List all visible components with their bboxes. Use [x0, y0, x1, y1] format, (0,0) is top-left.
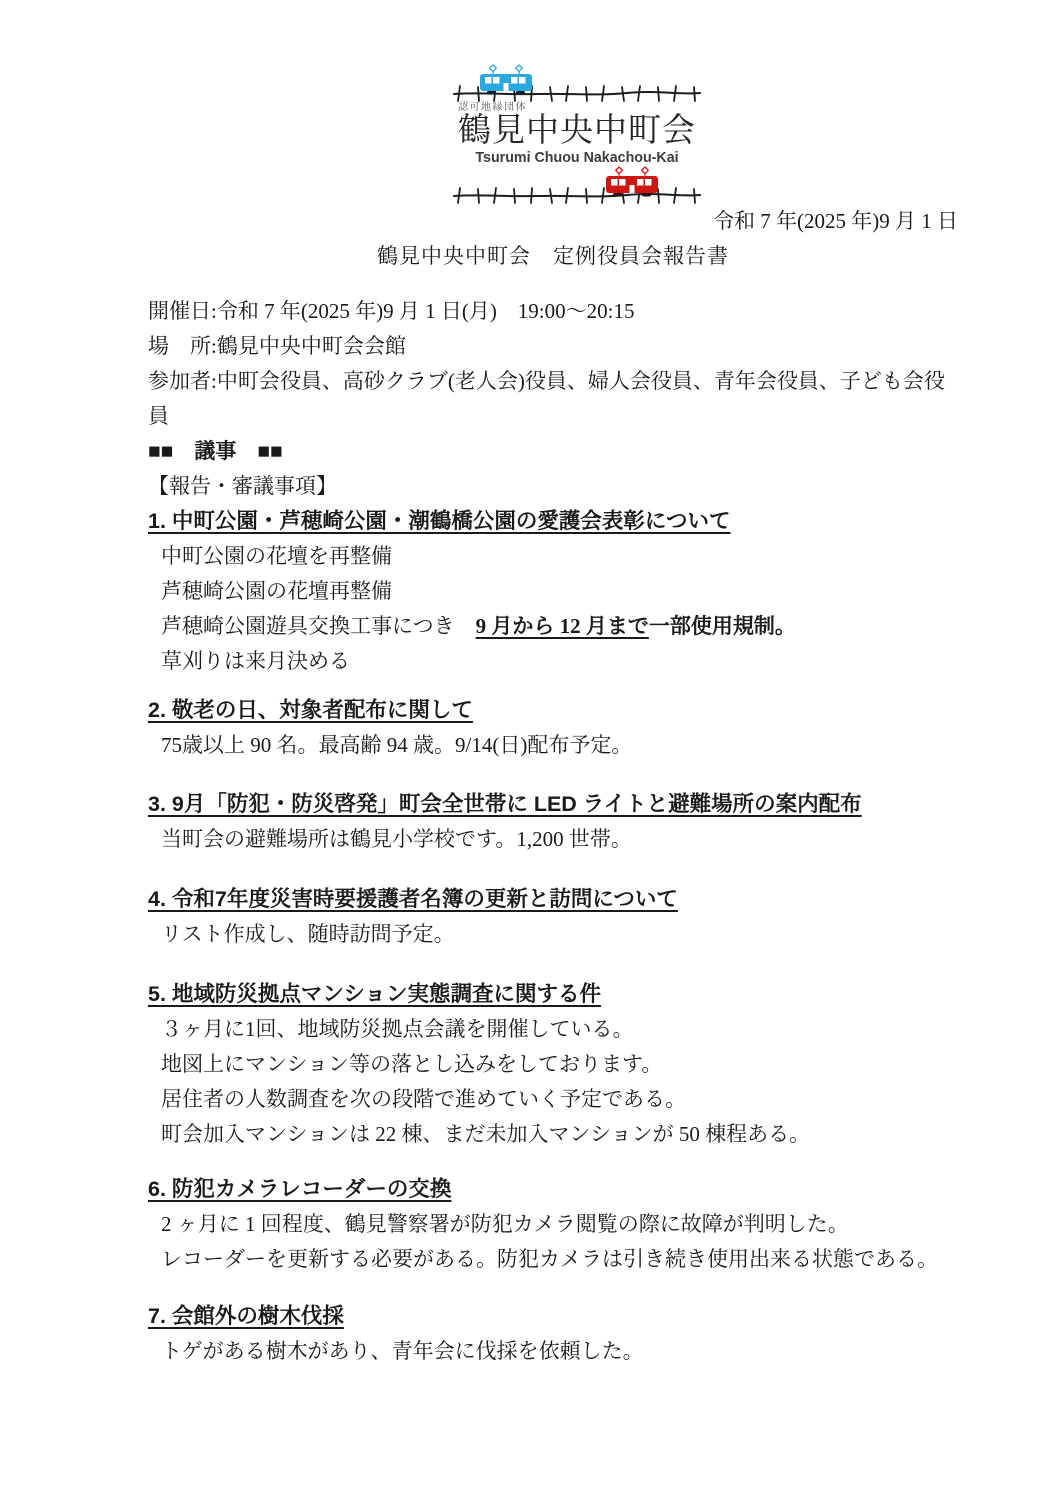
section-5-heading: 5. 地域防災拠点マンション実態調査に関する件 — [148, 977, 958, 1012]
agenda-subheader: 【報告・審議事項】 — [148, 469, 958, 504]
document-date: 令和 7 年(2025 年)9 月 1 日 — [148, 204, 958, 239]
document-title: 鶴見中央中町会 定例役員会報告書 — [148, 239, 958, 274]
agenda-section-4: 4. 令和7年度災害時要援護者名簿の更新と訪問について リスト作成し、随時訪問予… — [148, 882, 958, 952]
logo-org-name-romaji: Tsurumi Chuou Nakachou-Kai — [458, 150, 696, 165]
agenda-header: ■■ 議事 ■■ — [148, 434, 958, 469]
section-1-line-3: 芦穂崎公園遊具交換工事につき 9 月から 12 月まで一部使用規制。 — [148, 609, 958, 644]
regulated-line-suffix: 一部使用規制。 — [649, 614, 796, 638]
regulated-line-prefix: 芦穂崎公園遊具交換工事につき — [161, 614, 476, 638]
document-page: 認可地縁団体 鶴見中央中町会 Tsurumi Chuou Nakachou-Ka… — [0, 0, 1058, 1497]
agenda-section-3: 3. 9月「防犯・防災啓発」町会全世帯に LED ライトと避難場所の案内配布 当… — [148, 787, 958, 857]
meeting-info: 開催日:令和 7 年(2025 年)9 月 1 日(月) 19:00～20:15… — [148, 294, 958, 434]
meeting-participants-line: 参加者:中町会役員、高砂クラブ(老人会)役員、婦人会役員、青年会役員、子ども会役… — [148, 364, 958, 434]
agenda-section-7: 7. 会館外の樹木伐採 トゲがある樹木があり、青年会に伐採を依頼した。 — [148, 1299, 958, 1369]
section-1-heading: 1. 中町公園・芦穂崎公園・潮鶴橋公園の愛護会表彰について — [148, 504, 958, 539]
section-6-heading: 6. 防犯カメラレコーダーの交換 — [148, 1172, 958, 1207]
railway-track-top-icon — [452, 64, 702, 102]
blue-train-icon — [480, 65, 532, 95]
document-content: 令和 7 年(2025 年)9 月 1 日 鶴見中央中町会 定例役員会報告書 開… — [0, 204, 1058, 1369]
agenda-section-1: 1. 中町公園・芦穂崎公園・潮鶴橋公園の愛護会表彰について 中町公園の花壇を再整… — [148, 504, 958, 679]
meeting-place-line: 場 所:鶴見中央中町会会館 — [148, 329, 958, 364]
section-7-heading: 7. 会館外の樹木伐採 — [148, 1299, 958, 1334]
organization-logo: 認可地縁団体 鶴見中央中町会 Tsurumi Chuou Nakachou-Ka… — [452, 64, 702, 204]
railway-track-bottom-icon — [452, 166, 702, 204]
train-pantographs — [490, 65, 523, 75]
section-3-line-1: 当町会の避難場所は鶴見小学校です。1,200 世帯。 — [148, 822, 958, 857]
section-5-line-1: ３ヶ月に1回、地域防災拠点会議を開催している。 — [148, 1012, 958, 1047]
section-2-line-1: 75歳以上 90 名。最高齢 94 歳。9/14(日)配布予定。 — [148, 728, 958, 763]
section-5-line-3: 居住者の人数調査を次の段階で進めていく予定である。 — [148, 1082, 958, 1117]
logo-org-name: 鶴見中央中町会 — [452, 113, 702, 150]
rail-line — [454, 194, 700, 196]
regulated-line-period: 9 月から 12 月まで — [476, 614, 649, 638]
section-4-line-1: リスト作成し、随時訪問予定。 — [148, 917, 958, 952]
section-5-line-4: 町会加入マンションは 22 棟、まだ未加入マンションが 50 棟程ある。 — [148, 1117, 958, 1152]
section-3-heading: 3. 9月「防犯・防災啓発」町会全世帯に LED ライトと避難場所の案内配布 — [148, 787, 958, 822]
section-4-heading: 4. 令和7年度災害時要援護者名簿の更新と訪問について — [148, 882, 958, 917]
train-pantographs — [616, 167, 649, 177]
section-6-line-2: レコーダーを更新する必要がある。防犯カメラは引き続き使用出来る状態である。 — [148, 1242, 958, 1277]
agenda-section-5: 5. 地域防災拠点マンション実態調査に関する件 ３ヶ月に1回、地域防災拠点会議を… — [148, 977, 958, 1152]
section-1-line-1: 中町公園の花壇を再整備 — [148, 539, 958, 574]
section-1-line-2: 芦穂崎公園の花壇再整備 — [148, 574, 958, 609]
meeting-date-line: 開催日:令和 7 年(2025 年)9 月 1 日(月) 19:00～20:15 — [148, 294, 958, 329]
red-train-icon — [606, 167, 658, 197]
section-5-line-2: 地図上にマンション等の落とし込みをしております。 — [148, 1047, 958, 1082]
section-2-heading: 2. 敬老の日、対象者配布に関して — [148, 693, 958, 728]
agenda-section-2: 2. 敬老の日、対象者配布に関して 75歳以上 90 名。最高齢 94 歳。9/… — [148, 693, 958, 763]
section-6-line-1: 2 ヶ月に 1 回程度、鶴見警察署が防犯カメラ閲覧の際に故障が判明した。 — [148, 1207, 958, 1242]
logo-org-type: 認可地縁団体 — [452, 102, 702, 113]
section-1-line-4: 草刈りは来月決める — [148, 644, 958, 679]
section-7-line-1: トゲがある樹木があり、青年会に伐採を依頼した。 — [148, 1334, 958, 1369]
agenda-section-6: 6. 防犯カメラレコーダーの交換 2 ヶ月に 1 回程度、鶴見警察署が防犯カメラ… — [148, 1172, 958, 1277]
